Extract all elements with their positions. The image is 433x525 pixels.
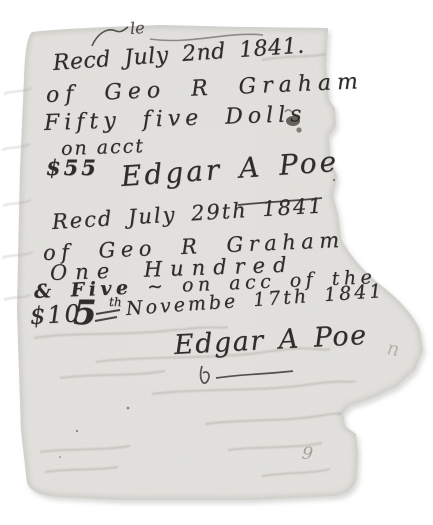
receipt-scan: le Recd July 2nd 1841. of Geo R Graham F… [0, 0, 433, 525]
receipt2-amount-superscript: th [109, 296, 122, 308]
pencil-digit-mark: 9 [301, 445, 314, 463]
receipt1-amount-numeric: $55 [46, 157, 99, 178]
receipt2-amount-big-digit: 5 [73, 296, 97, 330]
top-fragment: le [129, 20, 145, 37]
